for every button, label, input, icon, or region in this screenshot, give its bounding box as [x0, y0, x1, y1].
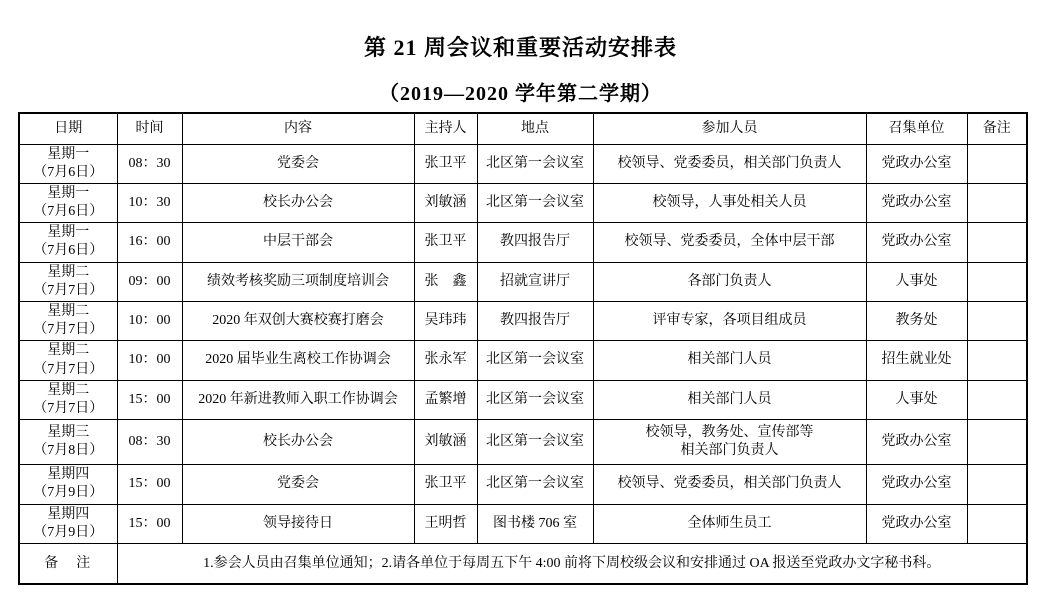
cell-location: 北区第一会议室 [477, 144, 593, 183]
cell-participants: 校领导、党委委员，相关部门负责人 [593, 144, 866, 183]
cell-location: 教四报告厅 [477, 302, 593, 341]
table-row: 星期二（7月7日） 15：00 2020 年新进教师入职工作协调会 孟繁增 北区… [19, 380, 1027, 419]
cell-date: 星期一（7月6日） [19, 223, 117, 262]
cell-content: 党委会 [182, 144, 414, 183]
table-row: 星期三（7月8日） 08：30 校长办公会 刘敏涵 北区第一会议室 校领导，教务… [19, 420, 1027, 465]
cell-time: 15：00 [117, 465, 182, 504]
table-row: 星期一（7月6日） 16：00 中层干部会 张卫平 教四报告厅 校领导、党委委员… [19, 223, 1027, 262]
table-row: 星期一（7月6日） 10：30 校长办公会 刘敏涵 北区第一会议室 校领导，人事… [19, 183, 1027, 222]
cell-participants: 评审专家，各项目组成员 [593, 302, 866, 341]
cell-time: 16：00 [117, 223, 182, 262]
cell-remark [967, 420, 1027, 465]
cell-organizer: 教务处 [866, 302, 967, 341]
header-row: 日期 时间 内容 主持人 地点 参加人员 召集单位 备注 [19, 113, 1027, 144]
table-row: 星期二（7月7日） 10：00 2020 届毕业生离校工作协调会 张永军 北区第… [19, 341, 1027, 380]
table-row: 星期二（7月7日） 10：00 2020 年双创大赛校赛打磨会 吴玮玮 教四报告… [19, 302, 1027, 341]
cell-time: 08：30 [117, 420, 182, 465]
table-row: 星期四（7月9日） 15：00 领导接待日 王明哲 图书楼 706 室 全体师生… [19, 504, 1027, 543]
table-row: 星期二（7月7日） 09：00 绩效考核奖励三项制度培训会 张 鑫 招就宣讲厅 … [19, 262, 1027, 301]
cell-host: 张卫平 [414, 465, 477, 504]
cell-content: 党委会 [182, 465, 414, 504]
column-header-organizer: 召集单位 [866, 113, 967, 144]
cell-host: 张永军 [414, 341, 477, 380]
cell-host: 吴玮玮 [414, 302, 477, 341]
cell-remark [967, 223, 1027, 262]
cell-date: 星期二（7月7日） [19, 380, 117, 419]
cell-date: 星期二（7月7日） [19, 302, 117, 341]
column-header-host: 主持人 [414, 113, 477, 144]
cell-participants: 各部门负责人 [593, 262, 866, 301]
cell-content: 2020 届毕业生离校工作协调会 [182, 341, 414, 380]
cell-location: 北区第一会议室 [477, 420, 593, 465]
cell-participants: 相关部门人员 [593, 380, 866, 419]
cell-content: 领导接待日 [182, 504, 414, 543]
cell-remark [967, 341, 1027, 380]
table-row: 星期四（7月9日） 15：00 党委会 张卫平 北区第一会议室 校领导、党委委员… [19, 465, 1027, 504]
cell-organizer: 党政办公室 [866, 504, 967, 543]
column-header-date: 日期 [19, 113, 117, 144]
remarks-note: 1.参会人员由召集单位通知；2.请各单位于每周五下午 4:00 前将下周校级会议… [117, 543, 1027, 584]
cell-participants: 校领导，教务处、宣传部等相关部门负责人 [593, 420, 866, 465]
cell-location: 北区第一会议室 [477, 465, 593, 504]
cell-date: 星期四（7月9日） [19, 504, 117, 543]
cell-participants: 校领导，人事处相关人员 [593, 183, 866, 222]
cell-organizer: 人事处 [866, 380, 967, 419]
cell-organizer: 党政办公室 [866, 420, 967, 465]
cell-date: 星期三（7月8日） [19, 420, 117, 465]
table-row: 星期一（7月6日） 08：30 党委会 张卫平 北区第一会议室 校领导、党委委员… [19, 144, 1027, 183]
cell-time: 15：00 [117, 380, 182, 419]
cell-participants: 校领导、党委委员，相关部门负责人 [593, 465, 866, 504]
cell-organizer: 党政办公室 [866, 465, 967, 504]
cell-content: 中层干部会 [182, 223, 414, 262]
cell-remark [967, 504, 1027, 543]
cell-remark [967, 183, 1027, 222]
cell-remark [967, 465, 1027, 504]
cell-location: 图书楼 706 室 [477, 504, 593, 543]
cell-location: 北区第一会议室 [477, 380, 593, 419]
cell-location: 教四报告厅 [477, 223, 593, 262]
cell-remark [967, 302, 1027, 341]
cell-date: 星期二（7月7日） [19, 262, 117, 301]
remarks-label: 备 注 [19, 543, 117, 584]
cell-host: 刘敏涵 [414, 183, 477, 222]
cell-organizer: 党政办公室 [866, 223, 967, 262]
cell-host: 张卫平 [414, 144, 477, 183]
cell-content: 校长办公会 [182, 183, 414, 222]
cell-date: 星期一（7月6日） [19, 144, 117, 183]
remarks-row: 备 注 1.参会人员由召集单位通知；2.请各单位于每周五下午 4:00 前将下周… [19, 543, 1027, 584]
cell-organizer: 人事处 [866, 262, 967, 301]
cell-location: 北区第一会议室 [477, 183, 593, 222]
cell-date: 星期四（7月9日） [19, 465, 117, 504]
cell-host: 张 鑫 [414, 262, 477, 301]
cell-remark [967, 262, 1027, 301]
column-header-location: 地点 [477, 113, 593, 144]
cell-date: 星期二（7月7日） [19, 341, 117, 380]
document-title: 第 21 周会议和重要活动安排表 [0, 31, 1041, 62]
cell-content: 校长办公会 [182, 420, 414, 465]
cell-content: 绩效考核奖励三项制度培训会 [182, 262, 414, 301]
cell-participants: 相关部门人员 [593, 341, 866, 380]
cell-participants: 校领导、党委委员，全体中层干部 [593, 223, 866, 262]
cell-content: 2020 年双创大赛校赛打磨会 [182, 302, 414, 341]
cell-organizer: 党政办公室 [866, 183, 967, 222]
cell-remark [967, 380, 1027, 419]
cell-time: 10：30 [117, 183, 182, 222]
cell-organizer: 招生就业处 [866, 341, 967, 380]
column-header-time: 时间 [117, 113, 182, 144]
cell-location: 北区第一会议室 [477, 341, 593, 380]
cell-time: 15：00 [117, 504, 182, 543]
cell-time: 08：30 [117, 144, 182, 183]
column-header-remark: 备注 [967, 113, 1027, 144]
document-subtitle: （2019—2020 学年第二学期） [0, 77, 1041, 106]
cell-organizer: 党政办公室 [866, 144, 967, 183]
cell-host: 张卫平 [414, 223, 477, 262]
cell-time: 10：00 [117, 302, 182, 341]
cell-participants: 全体师生员工 [593, 504, 866, 543]
cell-host: 刘敏涵 [414, 420, 477, 465]
column-header-content: 内容 [182, 113, 414, 144]
cell-host: 王明哲 [414, 504, 477, 543]
cell-date: 星期一（7月6日） [19, 183, 117, 222]
cell-content: 2020 年新进教师入职工作协调会 [182, 380, 414, 419]
schedule-table: 日期 时间 内容 主持人 地点 参加人员 召集单位 备注 星期一（7月6日） 0… [18, 112, 1028, 585]
cell-remark [967, 144, 1027, 183]
cell-host: 孟繁增 [414, 380, 477, 419]
cell-time: 09：00 [117, 262, 182, 301]
column-header-participants: 参加人员 [593, 113, 866, 144]
cell-location: 招就宣讲厅 [477, 262, 593, 301]
cell-time: 10：00 [117, 341, 182, 380]
